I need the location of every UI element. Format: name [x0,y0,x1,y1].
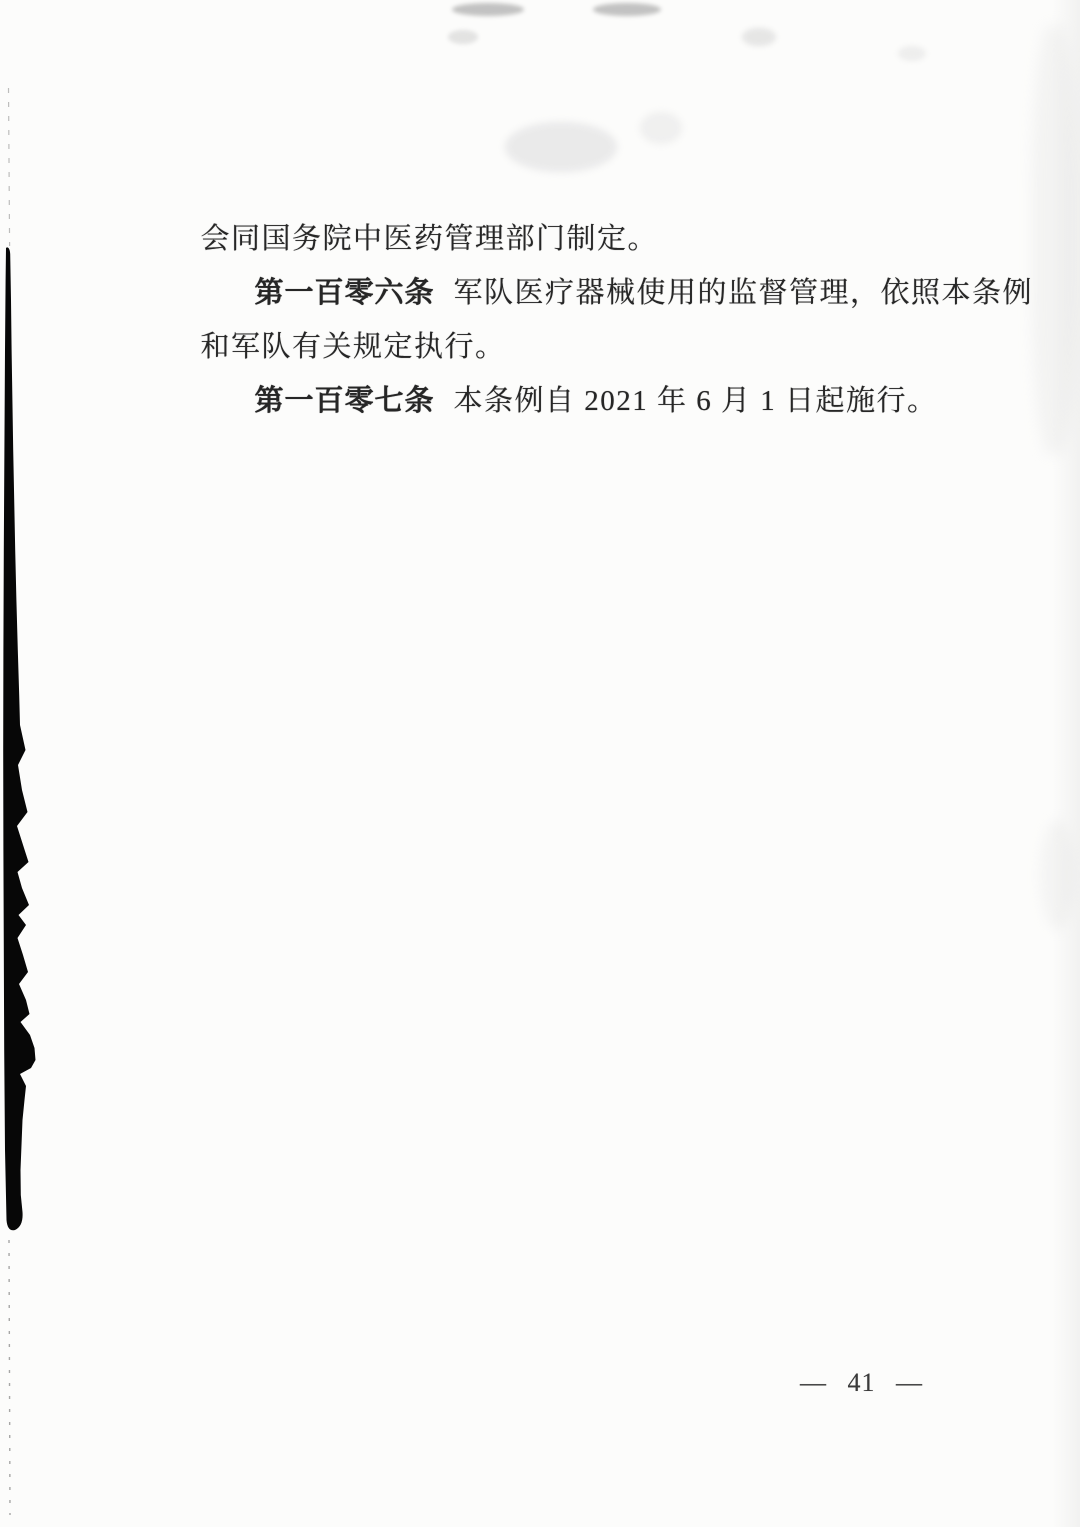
article-number: 第一百零七条 [255,385,435,417]
scan-artifact [640,112,682,144]
document-page: 会同国务院中医药管理部门制定。 第一百零六条军队医疗器械使用的监督管理，依照本条… [0,0,1080,1527]
scan-artifact [593,3,661,16]
scan-artifact [1032,25,1076,455]
scan-artifact [448,30,478,44]
scan-artifact [505,122,617,172]
scan-artifact [742,28,776,46]
page-number: — 41 — [800,1370,923,1396]
line-text: 本条例自 2021 年 6 月 1 日起施行。 [454,385,938,417]
line-text: 军队医疗器械使用的监督管理，依照本条例 [454,277,1034,309]
scan-line-bottom [9,1240,10,1515]
scan-line-top [9,88,10,246]
scan-artifact [452,3,524,16]
body-line: 第一百零七条本条例自 2021 年 6 月 1 日起施行。 [202,358,938,445]
ink-stain-left-edge [0,0,50,1527]
ink-streak [3,247,35,1230]
scan-artifact [1040,820,1074,930]
scan-artifact [898,46,926,61]
